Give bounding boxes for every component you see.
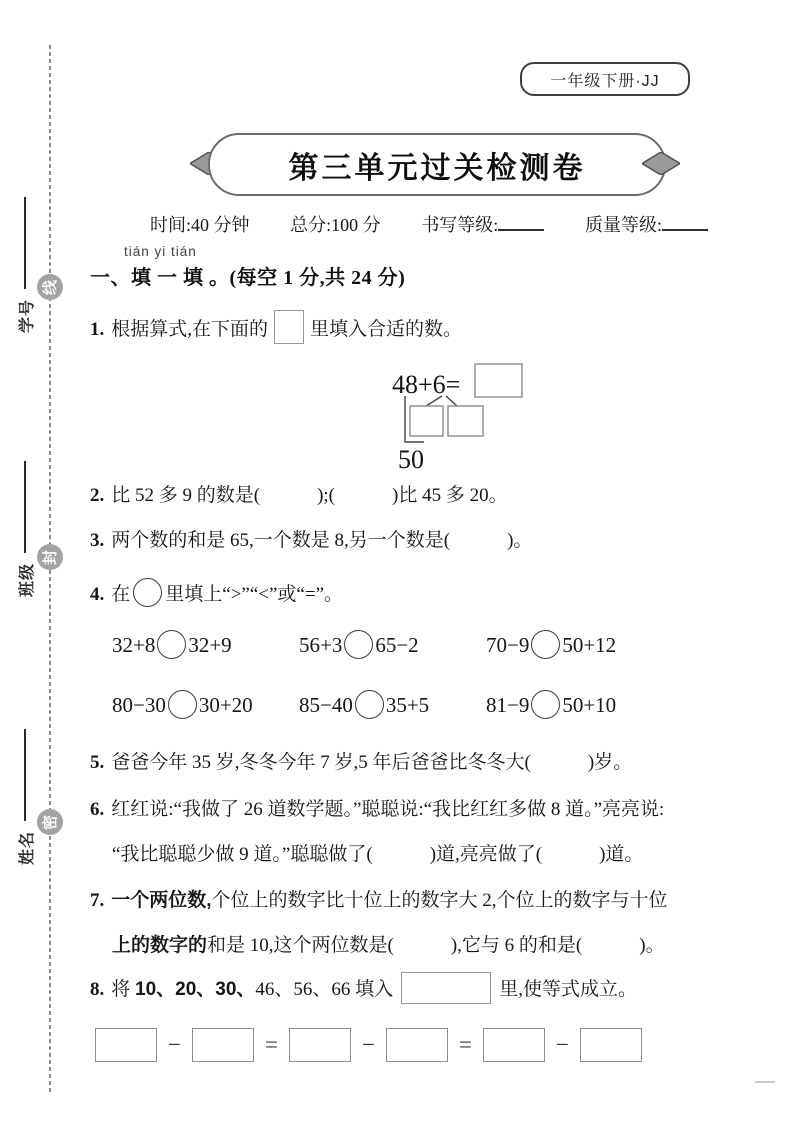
time-limit-text: 时间:40 分钟 (150, 211, 250, 237)
question-5: 5.爸爸今年 35 岁,冬冬今年 7 岁,5 年后爸爸比冬冬大( )岁。 (90, 750, 632, 776)
question-8-text-d: 里,使等式成立。 (499, 979, 637, 1000)
comparison-cell: 81−950+10 (486, 690, 616, 719)
question-8: 8.将 10、20、30、46、56、66 填入里,使等式成立。 (90, 972, 637, 1004)
section-pinyin: tián yi tián (124, 244, 197, 259)
question-8-text-c: 46、56、66 填入 (255, 979, 393, 1000)
question-4-text-before: 在 (111, 584, 130, 605)
compare-circle (168, 690, 197, 719)
diagram-sum-label: 50 (398, 445, 424, 474)
question-6-line2: “我比聪聪少做 9 道。”聪聪做了( )道,亮亮做了( )道。 (112, 842, 643, 868)
compare-left-expr: 80−30 (112, 693, 166, 717)
question-7-number: 7. (90, 890, 104, 911)
compare-left-expr: 85−40 (299, 693, 353, 717)
writing-grade-blank (498, 215, 544, 231)
question-8-number: 8. (90, 979, 104, 1000)
compare-right-expr: 32+9 (188, 633, 231, 657)
student-number-write-line (24, 197, 26, 289)
question-6-line1: 6.红红说:“我做了 26 道数学题。”聪聪说:“我比红红多做 8 道。”亮亮说… (90, 797, 664, 823)
question-7-text-line1: 个位上的数字比十位上的数字大 2,个位上的数字与十位 (212, 890, 668, 911)
student-number-label: 学号 (14, 299, 37, 333)
compare-right-expr: 65−2 (375, 633, 418, 657)
comparison-row-2: 80−3030+20 85−4035+5 81−950+10 (112, 690, 677, 719)
diagram-part-box-left (410, 406, 443, 436)
seal-stamp-mi: 密 (37, 809, 63, 835)
equation-box-4 (386, 1028, 448, 1062)
seal-stamp-feng: 封 (37, 544, 63, 570)
diagram-expression: 48+6= (392, 370, 460, 399)
seal-stamp-mi-char: 密 (39, 814, 60, 829)
seal-stamp-xian-char: 线 (39, 279, 60, 294)
question-2: 2.比 52 多 9 的数是( );( )比 45 多 20。 (90, 483, 508, 509)
question-3: 3.两个数的和是 65,一个数是 8,另一个数是( )。 (90, 528, 532, 554)
question-1-text-before: 根据算式,在下面的 (111, 319, 268, 340)
compare-left-expr: 70−9 (486, 633, 529, 657)
equals-operator: = (265, 1032, 278, 1058)
comparison-row-1: 32+832+9 56+365−2 70−950+12 (112, 630, 677, 659)
grade-badge: 一年级下册·JJ (520, 62, 690, 96)
question-7-bold-segment: 一个两位数, (111, 890, 211, 911)
question-7-line2: 上的数字的和是 10,这个两位数是( ),它与 6 的和是( )。 (112, 933, 665, 959)
equals-operator: = (459, 1032, 472, 1058)
diagram-bracket-line (405, 396, 424, 442)
question-8-fill-box (401, 972, 491, 1004)
exam-paper-page: 学号 线 班级 封 姓名 密 一年级下册·JJ 第三单元过关检测卷 时间:40 … (0, 0, 793, 1122)
compare-right-expr: 50+10 (562, 693, 616, 717)
writing-grade-field: 书写等级: (421, 211, 544, 237)
comparison-cell: 85−4035+5 (299, 690, 486, 719)
section-heading: 一、填 一 填 。(每空 1 分,共 24 分) (90, 261, 405, 290)
seal-field-class: 班级 (14, 457, 36, 597)
question-3-text: 两个数的和是 65,一个数是 8,另一个数是( )。 (111, 530, 532, 551)
minus-operator: − (168, 1032, 181, 1058)
question-6-number: 6. (90, 799, 104, 820)
question-4: 4.在里填上“>”“<”或“=”。 (90, 578, 343, 608)
compare-circle (531, 630, 560, 659)
diagram-part-box-right (448, 406, 483, 436)
class-label: 班级 (14, 563, 37, 597)
compare-right-expr: 50+12 (562, 633, 616, 657)
question-5-number: 5. (90, 752, 104, 773)
writing-grade-label: 书写等级: (421, 215, 498, 235)
equation-box-3 (289, 1028, 351, 1062)
compare-right-expr: 30+20 (199, 693, 253, 717)
page-corner-mark (755, 1081, 775, 1083)
name-write-line (24, 729, 26, 821)
compare-circle (157, 630, 186, 659)
question-3-number: 3. (90, 530, 104, 551)
question-2-number: 2. (90, 485, 104, 506)
question-8-numbers-bold: 10、20、30、 (135, 979, 255, 1000)
compare-right-expr: 35+5 (386, 693, 429, 717)
section-name: 填 一 填 。 (131, 267, 230, 289)
comparison-cell: 80−3030+20 (112, 690, 299, 719)
quality-grade-blank (662, 215, 708, 231)
equation-box-1 (95, 1028, 157, 1062)
question-6-text-line2: “我比聪聪少做 9 道。”聪聪做了( )道,亮亮做了( )道。 (112, 844, 643, 865)
total-score-text: 总分:100 分 (290, 211, 381, 237)
page-title: 第三单元过关检测卷 (289, 143, 586, 187)
question-7-text-line2: 和是 10,这个两位数是( ),它与 6 的和是( )。 (207, 935, 665, 956)
equation-row: − = − = − (95, 1028, 642, 1062)
section-points: (每空 1 分,共 24 分) (230, 267, 406, 289)
equation-box-2 (192, 1028, 254, 1062)
seal-stamp-feng-char: 封 (39, 549, 60, 564)
question-4-number: 4. (90, 584, 104, 605)
grade-badge-label: 一年级下册·JJ (550, 68, 659, 91)
minus-operator: − (362, 1032, 375, 1058)
comparison-cell: 32+832+9 (112, 630, 299, 659)
minus-operator: − (556, 1032, 569, 1058)
banner-diamond-right-icon (642, 152, 680, 180)
seal-field-student-number: 学号 (14, 193, 36, 333)
compare-circle (344, 630, 373, 659)
seal-stamp-xian: 线 (37, 274, 63, 300)
compare-left-expr: 81−9 (486, 693, 529, 717)
diagram-result-box (475, 364, 522, 397)
comparison-cell: 70−950+12 (486, 630, 616, 659)
compare-circle (531, 690, 560, 719)
class-write-line (24, 461, 26, 553)
question-6-text-line1: 红红说:“我做了 26 道数学题。”聪聪说:“我比红红多做 8 道。”亮亮说: (111, 799, 664, 820)
compare-left-expr: 56+3 (299, 633, 342, 657)
question-1: 1.根据算式,在下面的里填入合适的数。 (90, 310, 462, 344)
name-label: 姓名 (14, 831, 37, 865)
exam-info-row: 时间:40 分钟 总分:100 分 书写等级: 质量等级: (150, 211, 708, 237)
question-8-text-a: 将 (111, 979, 135, 1000)
equation-box-6 (580, 1028, 642, 1062)
question-1-answer-box (274, 310, 304, 344)
seal-field-name: 姓名 (14, 725, 36, 865)
question-1-diagram: 48+6= 50 (330, 356, 530, 474)
question-1-text-after: 里填入合适的数。 (310, 319, 462, 340)
question-4-text-after: 里填上“>”“<”或“=”。 (165, 584, 343, 605)
comparison-cell: 56+365−2 (299, 630, 486, 659)
quality-grade-label: 质量等级: (585, 215, 662, 235)
question-2-text: 比 52 多 9 的数是( );( )比 45 多 20。 (111, 485, 507, 506)
equation-box-5 (483, 1028, 545, 1062)
compare-circle (355, 690, 384, 719)
compare-left-expr: 32+8 (112, 633, 155, 657)
question-4-compare-circle (133, 578, 162, 607)
quality-grade-field: 质量等级: (585, 211, 708, 237)
question-1-number: 1. (90, 319, 104, 340)
question-7-bold-segment2: 上的数字的 (112, 935, 207, 956)
section-prefix: 一、 (90, 267, 131, 289)
question-5-text: 爸爸今年 35 岁,冬冬今年 7 岁,5 年后爸爸比冬冬大( )岁。 (111, 752, 632, 773)
title-banner: 第三单元过关检测卷 (208, 133, 666, 196)
question-7-line1: 7.一个两位数,个位上的数字比十位上的数字大 2,个位上的数字与十位 (90, 888, 668, 914)
